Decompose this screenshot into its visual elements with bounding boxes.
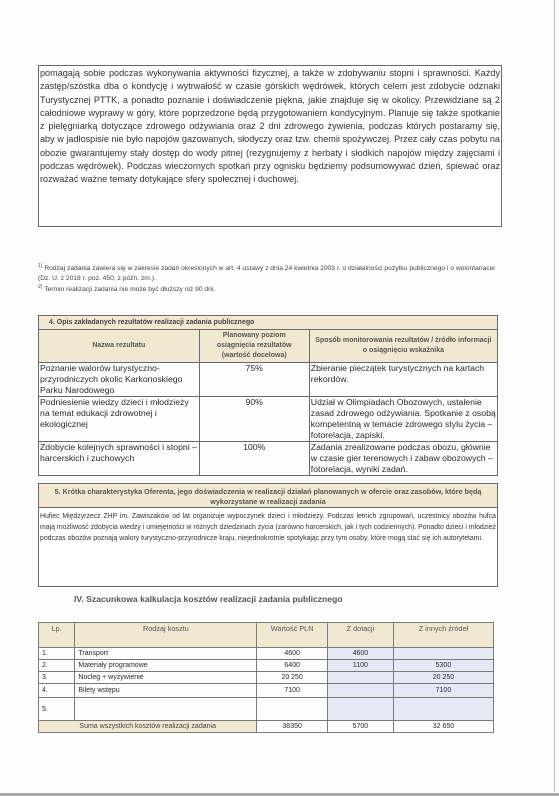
footnotes: 1) Rodzaj zadania zawiera się w zakresie… bbox=[38, 262, 508, 295]
footnote: 1) Rodzaj zadania zawiera się w zakresie… bbox=[38, 262, 508, 283]
column-header: Nazwa rezultatu bbox=[39, 330, 200, 363]
profile-section-title: 5. Krótka charakterystyka Oferenta, jego… bbox=[39, 484, 497, 508]
description-box: pomagają sobie podczas wykonywania aktyw… bbox=[38, 65, 502, 227]
table-row: Poznanie walorów turystyczno-przyrodnicz… bbox=[39, 363, 498, 397]
page-edge bbox=[554, 0, 555, 792]
column-header: Rodzaj kosztu bbox=[75, 623, 257, 648]
column-header: Planowany poziom osiągnięcia rezultatów … bbox=[199, 330, 309, 363]
results-table: 4. Opis zakładanych rezultatów realizacj… bbox=[38, 315, 498, 476]
column-header: Lp. bbox=[39, 623, 75, 648]
column-header: Sposób monitorowania rezultatów / źródło… bbox=[309, 330, 497, 363]
total-row: Suma wszystkich kosztów realizacji zadan… bbox=[39, 721, 494, 733]
column-header: Wartość PLN bbox=[257, 623, 328, 648]
table-row: Podniesienie wiedzy dzieci i młodzieży n… bbox=[39, 397, 498, 442]
footnote: 2) Termin realizacji zadania nie może by… bbox=[38, 283, 508, 295]
table-row: 2. Materiały programowe 6400 1100 5300 bbox=[39, 660, 494, 672]
column-header: Z innych źródeł bbox=[393, 623, 493, 648]
table-row: 1. Transport 4600 4600 bbox=[39, 648, 494, 660]
table-row: 5. bbox=[39, 698, 494, 721]
cost-table: Lp. Rodzaj kosztu Wartość PLN Z dotacji … bbox=[38, 622, 494, 733]
table-row: 4. Bilety wstępu 7100 7100 bbox=[39, 684, 494, 698]
column-header: Z dotacji bbox=[327, 623, 393, 648]
description-paragraph: pomagają sobie podczas wykonywania aktyw… bbox=[39, 66, 501, 188]
profile-text: Hufiec Międzyrzecz ZHP im. Zawiszaków od… bbox=[39, 508, 497, 548]
table-row: Zdobycie kolejnych sprawności i stopni –… bbox=[39, 442, 498, 476]
results-section-title: 4. Opis zakładanych rezultatów realizacj… bbox=[39, 316, 498, 330]
cost-section-title: IV. Szacunkowa kalkulacja kosztów realiz… bbox=[74, 594, 343, 604]
table-row: 3. Nocleg + wyżywienie 20 250 20 250 bbox=[39, 672, 494, 684]
profile-box: 5. Krótka charakterystyka Oferenta, jego… bbox=[38, 483, 498, 587]
